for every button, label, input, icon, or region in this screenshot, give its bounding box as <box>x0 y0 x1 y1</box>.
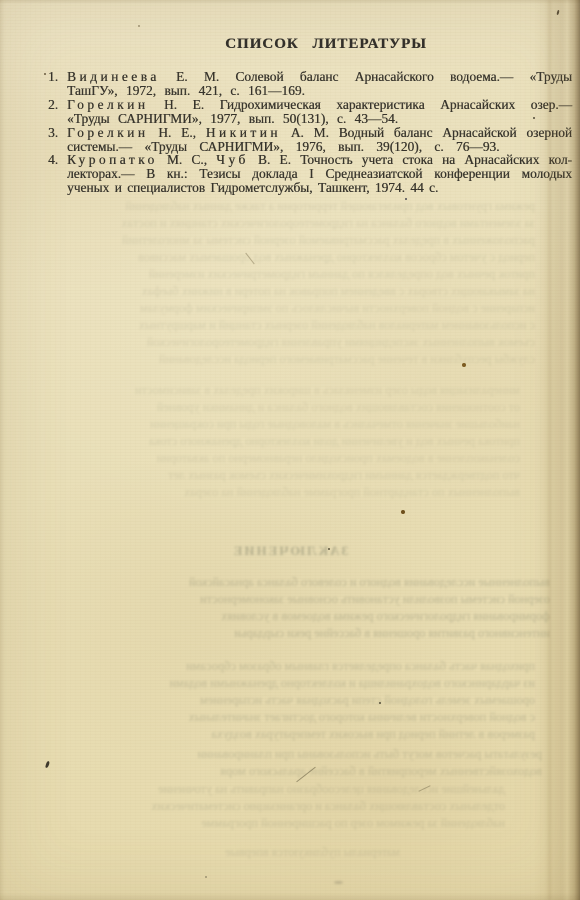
page-top-edge <box>0 0 580 4</box>
page-left-edge <box>0 0 5 900</box>
author-name: Куропатко <box>67 152 158 167</box>
author-name: Видинеева <box>67 69 160 84</box>
ref-number: 4. <box>48 153 58 167</box>
ghost-showthrough-middle: минерализация воды озер изменялась в шир… <box>72 382 520 501</box>
ref-text: Е. М. Солевой баланс Арнасайского водоем… <box>160 69 572 84</box>
scanned-book-page: режима грунтовых вод прилегающей террито… <box>0 0 580 900</box>
ghost-line: испарение с водной поверхности вычисляло… <box>60 300 535 317</box>
ref-text: А. М. Водный баланс Арнасайской озерной <box>281 125 572 140</box>
ghost-showthrough-paragraph-2: приходная часть баланса определяется гла… <box>58 658 535 743</box>
ghost-line: приходная часть баланса определяется гла… <box>58 658 535 675</box>
ghost-line: размеров в летний период при высоких тем… <box>58 726 535 743</box>
ref-number: 2. <box>48 98 58 112</box>
ref-number: 3. <box>48 126 58 140</box>
paper-speck <box>205 876 207 878</box>
paper-fibre <box>245 253 254 265</box>
paper-speck <box>401 510 405 514</box>
ghost-line: орошаемых земель голодной степи расходна… <box>58 692 535 709</box>
reference-item: 3. Горелкин Н. Е., Никитин А. М. Водный … <box>48 126 572 154</box>
paper-speck <box>379 702 381 704</box>
reference-item: 2. Горелкин Н. Е. Гидрохимическая характ… <box>48 98 572 126</box>
ref-line: «Труды САРНИГМИ», 1977, вып. 50(131), с.… <box>67 112 572 126</box>
ghost-line: из чардаринского водохранилища и коллект… <box>58 675 535 692</box>
ghost-line: соленакопление в водоемах происходило не… <box>72 450 520 467</box>
ref-text: Н. Е., <box>148 125 205 140</box>
ref-line: ТашГУ», 1972, вып. 421, с. 161—169. <box>67 84 572 98</box>
ref-number: 1. <box>48 70 58 84</box>
ref-line: Видинеева Е. М. Солевой баланс Арнасайск… <box>67 70 572 84</box>
page-content: СПИСОК ЛИТЕРАТУРЫ 1. Видинеева Е. М. Сол… <box>48 36 572 195</box>
ghost-line: расположенных в пределах рассматриваемой… <box>60 232 535 249</box>
reference-list: 1. Видинеева Е. М. Солевой баланс Арнаса… <box>48 70 572 195</box>
ghost-line: за элементами водного баланса на гидроме… <box>60 215 535 232</box>
ref-text: М. С., <box>158 152 217 167</box>
ref-line: Куропатко М. С., Чуб В. Е. Точность учет… <box>67 153 572 167</box>
ghost-showthrough-upper: режима грунтовых вод прилегающей террито… <box>60 198 535 368</box>
paper-speck <box>405 198 407 200</box>
ghost-showthrough-heading: ЗАКЛЮЧЕНИЕ <box>0 542 580 559</box>
paper-speck <box>138 25 140 27</box>
ghost-line: материалы публикуются впервые <box>75 844 400 861</box>
ghost-line: режима грунтовых вод прилегающей террито… <box>60 198 535 215</box>
reference-item: 1. Видинеева Е. М. Солевой баланс Арнаса… <box>48 70 572 98</box>
ghost-line: дальнейшие исследования целесообразно на… <box>115 781 505 798</box>
ghost-line: минерализация воды озер изменялась в шир… <box>72 382 520 399</box>
paper-speck <box>462 363 466 367</box>
ghost-line: интенсивного развития орошения в бассейн… <box>62 625 550 642</box>
ghost-line: период с учетом сбросов коллекторно дрен… <box>60 249 535 266</box>
scratch-mark <box>418 785 430 792</box>
ghost-line: отдельных составляющих баланса и организ… <box>115 798 505 815</box>
ghost-line: формирования гидрологического режима вод… <box>62 608 550 625</box>
ghost-line: выполненных по стандартной программе наб… <box>72 484 520 501</box>
paper-smudge <box>334 881 343 884</box>
scratch-mark <box>296 767 316 783</box>
ghost-showthrough-bottom-3: материалы публикуются впервые <box>75 844 400 861</box>
ghost-line: от соотношения составляющих водного бала… <box>72 399 520 416</box>
ref-text: В. Е. Точность учета стока на Арнасайски… <box>249 152 572 167</box>
ghost-line: с водной поверхности величина которого д… <box>58 709 535 726</box>
author-name: Горелкин <box>67 125 148 140</box>
ghost-line: службы республики в течение рассматривае… <box>60 351 535 368</box>
ref-line: ученых и специалистов Гидрометслужбы, Та… <box>67 181 572 195</box>
ghost-showthrough-bottom-2: дальнейшие исследования целесообразно на… <box>115 781 505 832</box>
paper-speck <box>556 10 559 15</box>
ref-line: системы.— «Труды САРНИГМИ», 1976, вып. 3… <box>67 140 572 154</box>
ghost-line: результаты расчетов могут быть использов… <box>55 746 542 763</box>
ghost-showthrough-paragraph: выполненные исследования водного и солев… <box>62 574 550 642</box>
ghost-line: выполненные исследования водного и солев… <box>62 574 550 591</box>
reference-item: 4. Куропатко М. С., Чуб В. Е. Точность у… <box>48 153 572 195</box>
ghost-line: наблюдений за режимом озер по расширенно… <box>115 815 505 832</box>
author-name: Чуб <box>216 152 249 167</box>
author-name: Горелкин <box>67 97 148 112</box>
ref-text: Н. Е. Гидрохимическая характеристика Арн… <box>148 97 572 112</box>
ghost-showthrough-bottom-1: результаты расчетов могут быть использов… <box>55 746 542 780</box>
ghost-line: притока речных вод и увеличении доли кол… <box>72 433 520 450</box>
ref-line: лекторах.— В кн.: Тезисы доклада I Средн… <box>67 167 572 181</box>
ink-mark <box>45 761 50 769</box>
author-name: Никитин <box>206 125 281 140</box>
ghost-line: съемок выполненных экспедициями управлен… <box>60 334 535 351</box>
ghost-line: на замыкающих створах с введением поправ… <box>60 283 535 300</box>
ref-line: Горелкин Н. Е., Никитин А. М. Водный бал… <box>67 126 572 140</box>
ref-line: Горелкин Н. Е. Гидрохимическая характери… <box>67 98 572 112</box>
paper-speck <box>328 548 330 550</box>
page-title: СПИСОК ЛИТЕРАТУРЫ <box>80 36 572 53</box>
ghost-line: озерной системы позволили установить осн… <box>62 591 550 608</box>
page-bottom-edge <box>0 893 580 900</box>
ghost-line: приток речных вод определялся по данным … <box>60 266 535 283</box>
ghost-line: наибольшие значения отмечались в маловод… <box>72 416 520 433</box>
ghost-line: водохозяйственных мероприятий в бассейне… <box>55 763 542 780</box>
paper-speck <box>44 73 46 75</box>
ghost-line: с использованием материалов наблюдений о… <box>60 317 535 334</box>
ghost-line: что подтверждается данными гидрохимическ… <box>72 467 520 484</box>
